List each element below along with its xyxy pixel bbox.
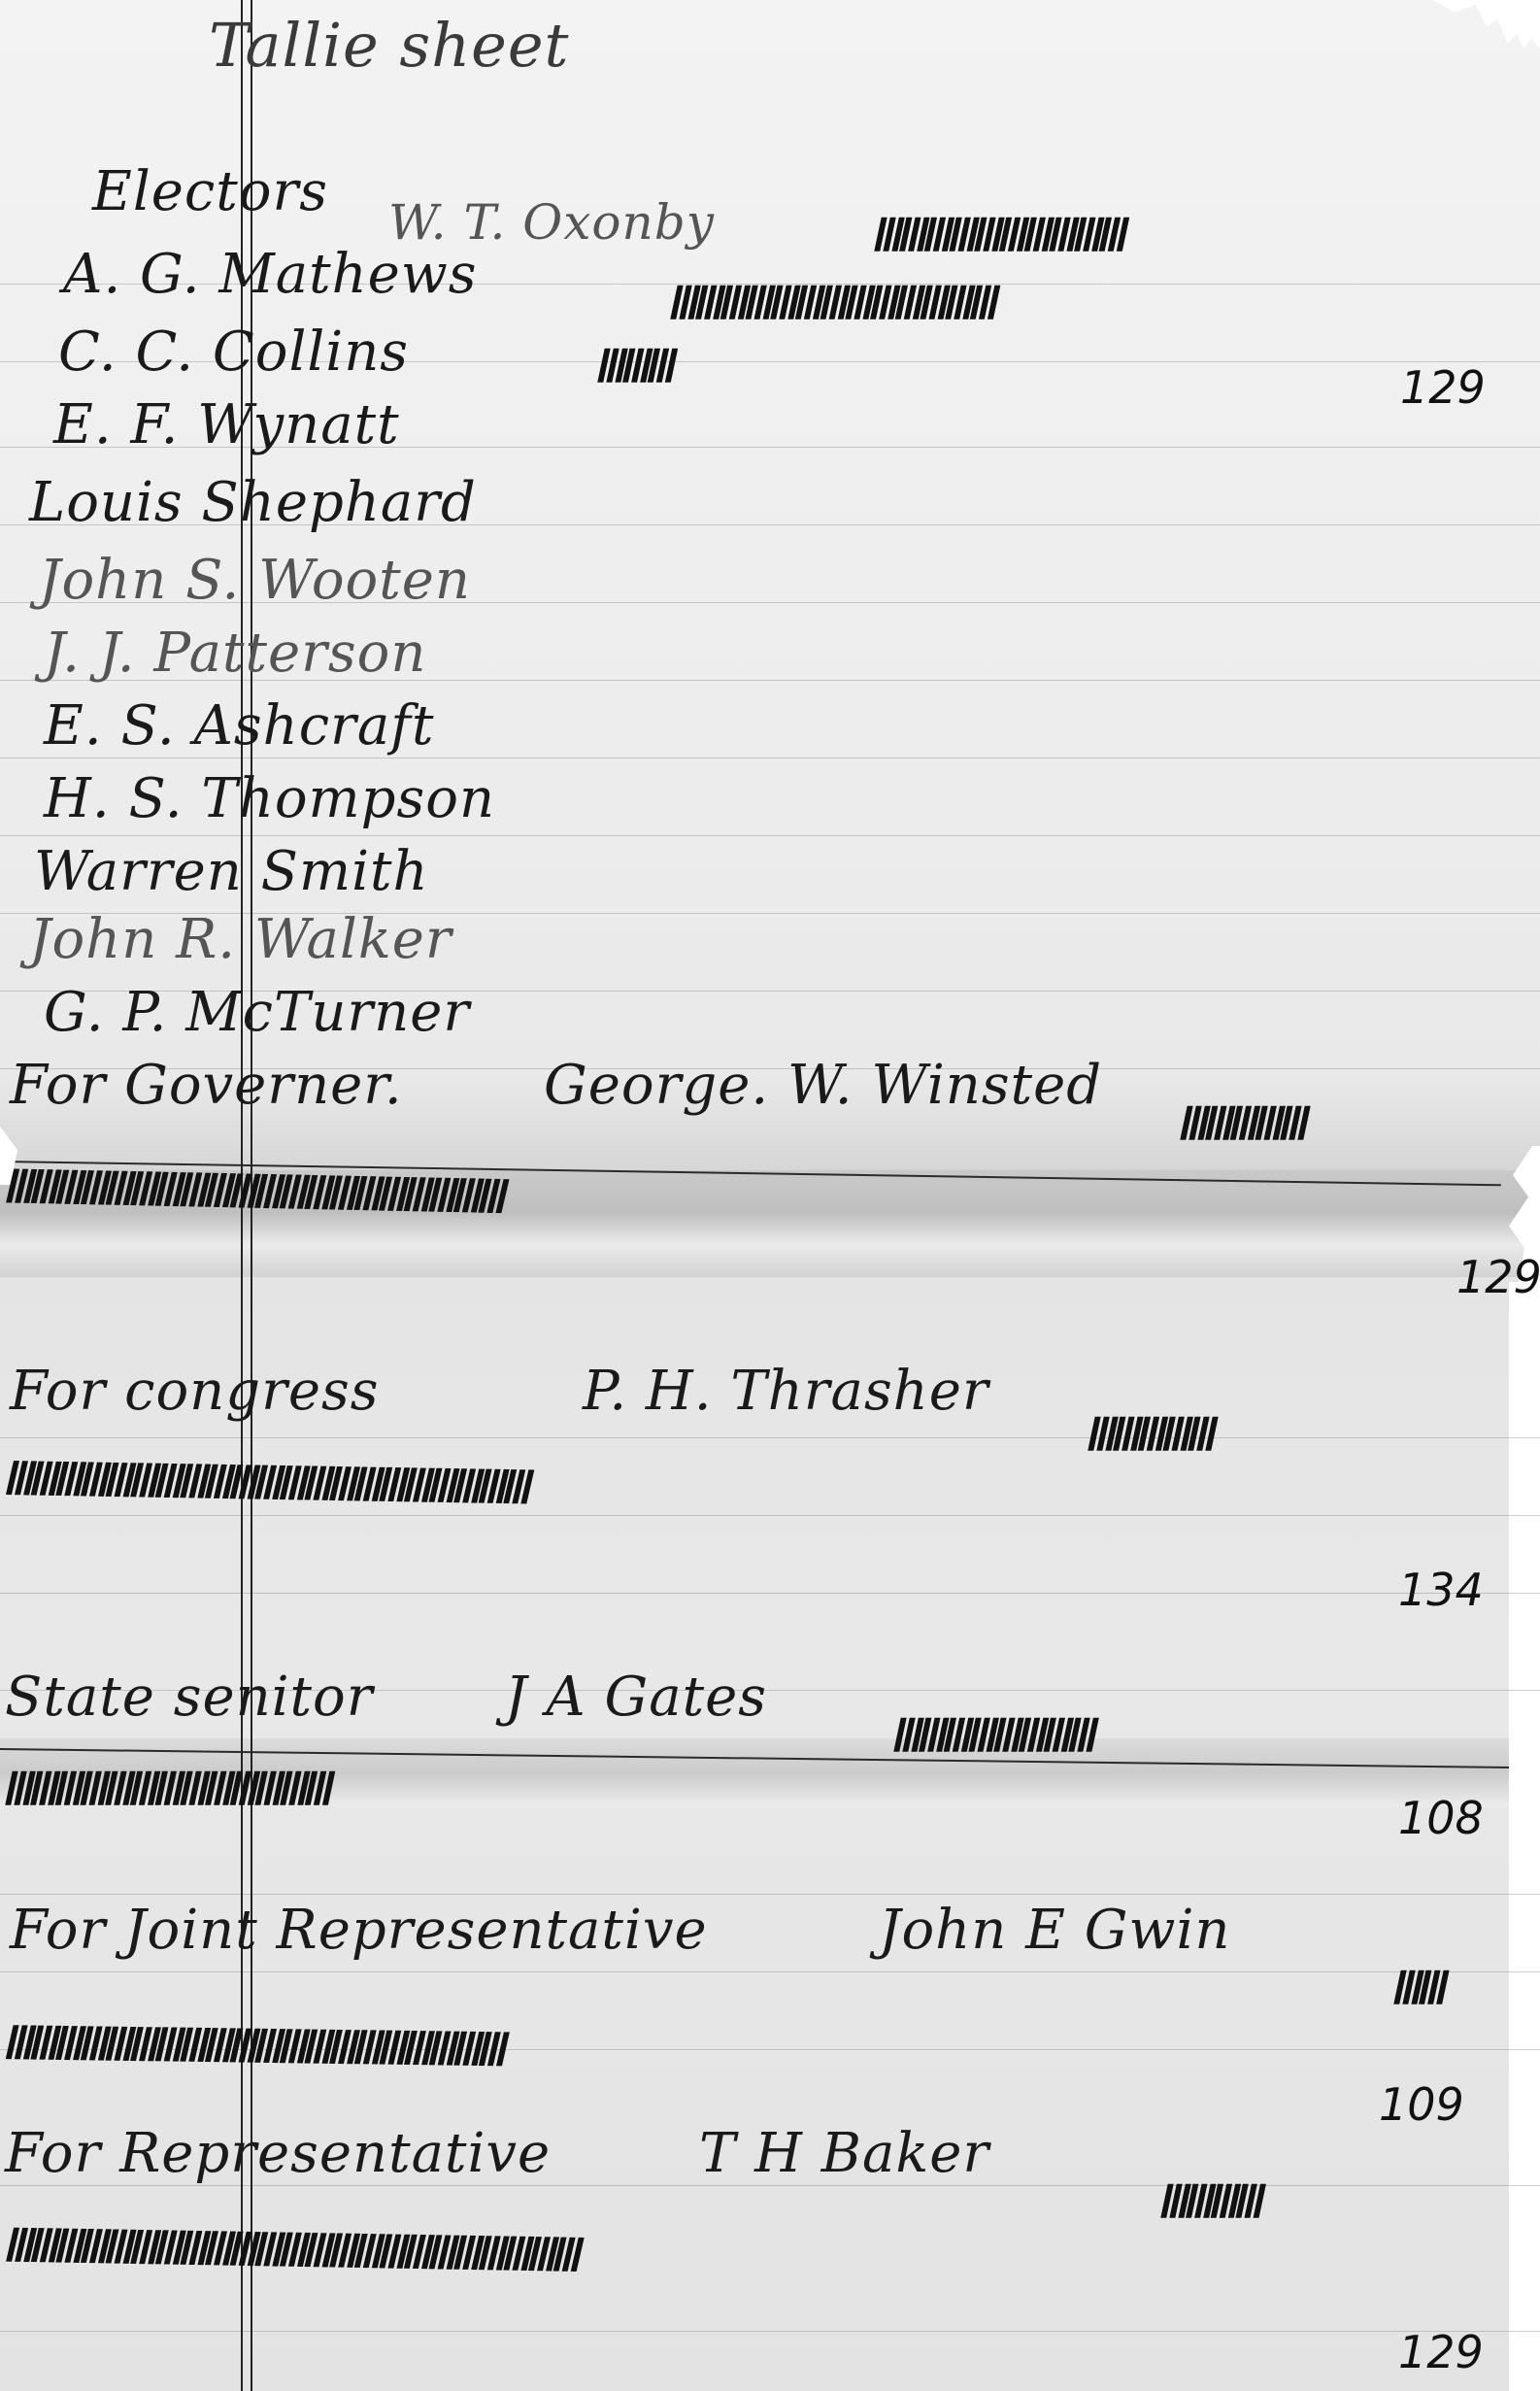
tally-marks: ⅢⅢⅢⅢⅢⅢⅢⅢⅢⅢ (868, 209, 1129, 261)
elector-name: C. C. Collins (58, 320, 409, 384)
tally-marks: ⅢⅢⅢⅢⅢⅢⅢⅢⅢⅢⅢⅢⅢ (0, 1763, 335, 1815)
elector-name: H. S. Thompson (44, 767, 495, 830)
tally-marks: ⅢⅢⅢⅢ (1155, 2175, 1265, 2228)
ruled-line (0, 835, 1540, 836)
office-label: For Governer. (10, 1054, 403, 1117)
vote-total: 129 (1456, 1251, 1540, 1303)
office-label: For Representative (5, 2122, 551, 2185)
ruled-line (0, 1515, 1540, 1516)
candidate-name: J A Gates (505, 1666, 767, 1729)
elector-name: E. F. Wynatt (53, 393, 400, 456)
office-label: For Joint Representative (10, 1899, 708, 1962)
torn-corner (1433, 0, 1540, 49)
vote-total: 108 (1398, 1792, 1484, 1844)
ruled-line (0, 1971, 1540, 1972)
vote-total: 134 (1398, 1564, 1484, 1616)
elector-name: John R. Walker (29, 908, 452, 971)
tally-marks: ⅢⅢⅢⅢⅢⅢⅢⅢⅢⅢⅢⅢⅢ (664, 277, 1000, 329)
tally-marks: ⅢⅢⅢⅢⅢⅢⅢⅢⅢⅢⅢⅢⅢⅢⅢⅢⅢⅢⅢⅢⅢ (0, 1452, 534, 1513)
tally-marks: ⅢⅢⅢⅢⅢ (1174, 1097, 1310, 1150)
tally-sheet-page: Tallie sheet Electors W. T. Oxonby ⅢⅢⅢⅢⅢ… (0, 0, 1540, 2391)
sheet-title: Tallie sheet (209, 10, 569, 81)
ruled-line (0, 1593, 1540, 1594)
tally-marks: ⅢⅢ (1388, 1962, 1449, 2014)
tally-marks: ⅢⅢⅢ (591, 340, 678, 392)
office-label: For congress (10, 1360, 379, 1423)
vote-total: 129 (1398, 2326, 1484, 2378)
candidate-name: George. W. Winsted (544, 1054, 1102, 1117)
candidate-name: T H Baker (699, 2122, 989, 2185)
tally-marks: ⅢⅢⅢⅢⅢⅢⅢⅢⅢⅢⅢⅢⅢⅢⅢⅢⅢⅢⅢⅢⅢⅢⅢ (0, 2219, 585, 2281)
tally-marks: ⅢⅢⅢⅢⅢⅢⅢⅢⅢⅢⅢⅢⅢⅢⅢⅢⅢⅢⅢⅢ (0, 1161, 509, 1224)
elector-name: J. J. Patterson (44, 622, 426, 685)
ruled-line (0, 1894, 1540, 1895)
elector-name: A. G. Mathews (63, 243, 478, 306)
tally-marks: ⅢⅢⅢⅢⅢⅢⅢⅢ (887, 1709, 1098, 1762)
candidate-name: John E Gwin (879, 1899, 1230, 1962)
ruled-line (0, 2331, 1540, 2332)
candidate-name: P. H. Thrasher (583, 1360, 989, 1423)
ruled-line (0, 758, 1540, 758)
elector-name: G. P. McTurner (44, 981, 470, 1044)
vote-total: 129 (1400, 361, 1486, 414)
ruled-line (0, 1437, 1540, 1438)
elector-name: E. S. Ashcraft (44, 694, 434, 758)
page-edge (1509, 1282, 1540, 2391)
elector-name: Warren Smith (34, 840, 429, 903)
tally-marks: ⅢⅢⅢⅢⅢⅢⅢⅢⅢⅢⅢⅢⅢⅢⅢⅢⅢⅢⅢⅢ (0, 2016, 510, 2075)
vote-total: 109 (1379, 2078, 1464, 2131)
office-label: State senitor (5, 1666, 374, 1729)
tally-marks: ⅢⅢⅢⅢⅢ (1082, 1408, 1218, 1461)
elector-name: Louis Shephard (29, 471, 477, 534)
electors-label: Electors (92, 160, 328, 223)
ruled-line (0, 2185, 1540, 2186)
elector-name: John S. Wooten (39, 549, 471, 612)
